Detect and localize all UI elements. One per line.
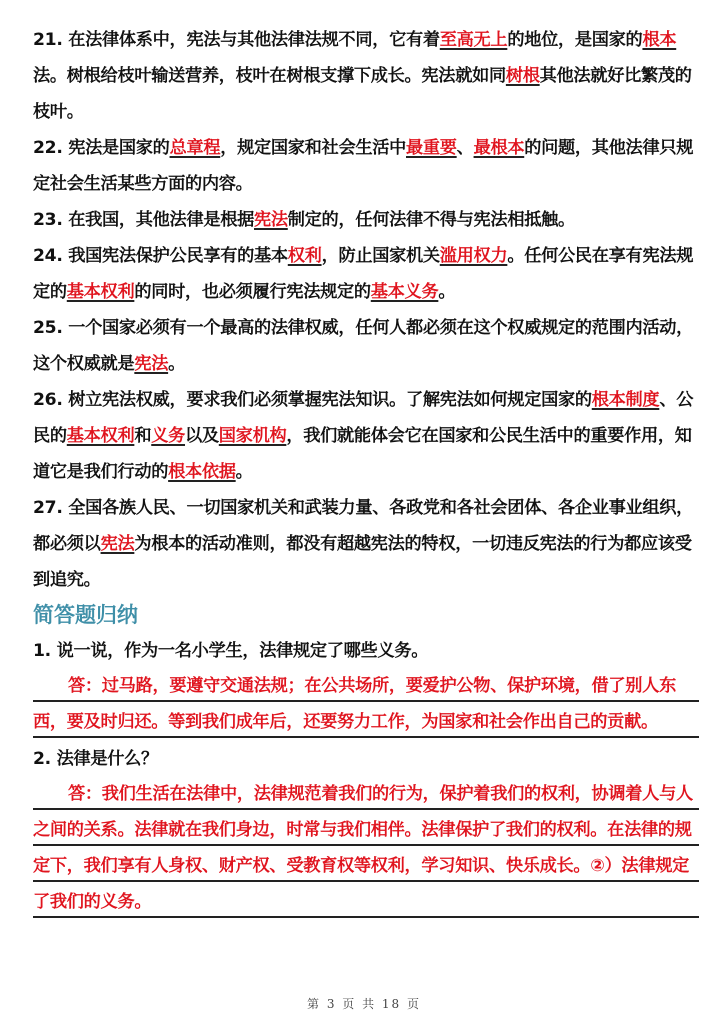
keyword-highlight: 树根 <box>506 66 540 86</box>
keyword-highlight: 国家机构 <box>219 426 287 446</box>
keyword-highlight: 总章程 <box>170 138 221 158</box>
knowledge-points-list: 21. 在法律体系中，宪法与其他法律法规不同，它有着至高无上的地位，是国家的根本… <box>33 22 699 598</box>
keyword-highlight: 根本依据 <box>168 462 236 482</box>
knowledge-point-26: 26. 树立宪法权威，要求我们必须掌握宪法知识。了解宪法如何规定国家的根本制度、… <box>33 382 699 490</box>
body-text: 21. 在法律体系中，宪法与其他法律法规不同，它有着 <box>33 30 440 50</box>
body-text: 。 <box>168 354 185 374</box>
body-text: 制定的，任何法律不得与宪法相抵触。 <box>288 210 575 230</box>
qa-item-1: 1. 说一说，作为一名小学生，法律规定了哪些义务。 答：过马路，要遵守交通法规；… <box>33 634 699 740</box>
keyword-highlight: 宪法 <box>101 534 135 554</box>
body-text: 26. 树立宪法权威，要求我们必须掌握宪法知识。了解宪法如何规定国家的 <box>33 390 592 410</box>
keyword-highlight: 基本义务 <box>371 282 439 302</box>
keyword-highlight: 滥用权力 <box>440 246 508 266</box>
body-text: 。 <box>438 282 455 302</box>
body-text: 以及 <box>185 426 219 446</box>
keyword-highlight: 义务 <box>151 426 185 446</box>
keyword-highlight: 根本制度 <box>592 390 660 410</box>
section-heading: 简答题归纳 <box>33 598 699 632</box>
knowledge-point-27: 27. 全国各族人民、一切国家机关和武装力量、各政党和各社会团体、各企业事业组织… <box>33 490 699 598</box>
page-number-footer: 第 3 页 共 18 页 <box>0 995 728 1012</box>
keyword-highlight: 根本 <box>642 30 676 50</box>
qa-item-2: 2. 法律是什么？ 答：我们生活在法律中，法律规范着我们的行为，保护着我们的权利… <box>33 742 699 920</box>
keyword-highlight: 宪法 <box>134 354 168 374</box>
body-text: 25. 一个国家必须有一个最高的法律权威，任何人都必须在这个权威规定的范围内活动… <box>33 318 693 374</box>
question-2: 2. 法律是什么？ <box>33 742 699 776</box>
keyword-highlight: 至高无上 <box>440 30 508 50</box>
body-text: 的地位，是国家的 <box>507 30 642 50</box>
body-text: 、 <box>457 138 474 158</box>
keyword-highlight: 基本权利 <box>67 282 135 302</box>
knowledge-point-21: 21. 在法律体系中，宪法与其他法律法规不同，它有着至高无上的地位，是国家的根本… <box>33 22 699 130</box>
keyword-highlight: 最重要 <box>406 138 457 158</box>
document-page: 21. 在法律体系中，宪法与其他法律法规不同，它有着至高无上的地位，是国家的根本… <box>33 0 699 920</box>
answer-2: 答：我们生活在法律中，法律规范着我们的行为，保护着我们的权利，协调着人与人之间的… <box>33 776 699 920</box>
answer-1: 答：过马路，要遵守交通法规；在公共场所，要爱护公物、保护环境，借了别人东西，要及… <box>33 668 699 740</box>
knowledge-point-22: 22. 宪法是国家的总章程，规定国家和社会生活中最重要、最根本的问题，其他法律只… <box>33 130 699 202</box>
body-text: ，防止国家机关 <box>322 246 440 266</box>
keyword-highlight: 基本权利 <box>67 426 135 446</box>
question-1: 1. 说一说，作为一名小学生，法律规定了哪些义务。 <box>33 634 699 668</box>
body-text: 和 <box>134 426 151 446</box>
knowledge-point-24: 24. 我国宪法保护公民享有的基本权利，防止国家机关滥用权力。任何公民在享有宪法… <box>33 238 699 310</box>
body-text: 24. 我国宪法保护公民享有的基本 <box>33 246 288 266</box>
body-text: 法。树根给枝叶输送营养，枝叶在树根支撑下成长。宪法就如同 <box>33 66 506 86</box>
body-text: ，规定国家和社会生活中 <box>220 138 406 158</box>
body-text: 22. 宪法是国家的 <box>33 138 170 158</box>
knowledge-point-25: 25. 一个国家必须有一个最高的法律权威，任何人都必须在这个权威规定的范围内活动… <box>33 310 699 382</box>
keyword-highlight: 权利 <box>288 246 322 266</box>
keyword-highlight: 宪法 <box>254 210 288 230</box>
keyword-highlight: 最根本 <box>474 138 525 158</box>
body-text: 的同时，也必须履行宪法规定的 <box>134 282 370 302</box>
body-text: 。 <box>236 462 253 482</box>
body-text: 23. 在我国，其他法律是根据 <box>33 210 254 230</box>
knowledge-point-23: 23. 在我国，其他法律是根据宪法制定的，任何法律不得与宪法相抵触。 <box>33 202 699 238</box>
